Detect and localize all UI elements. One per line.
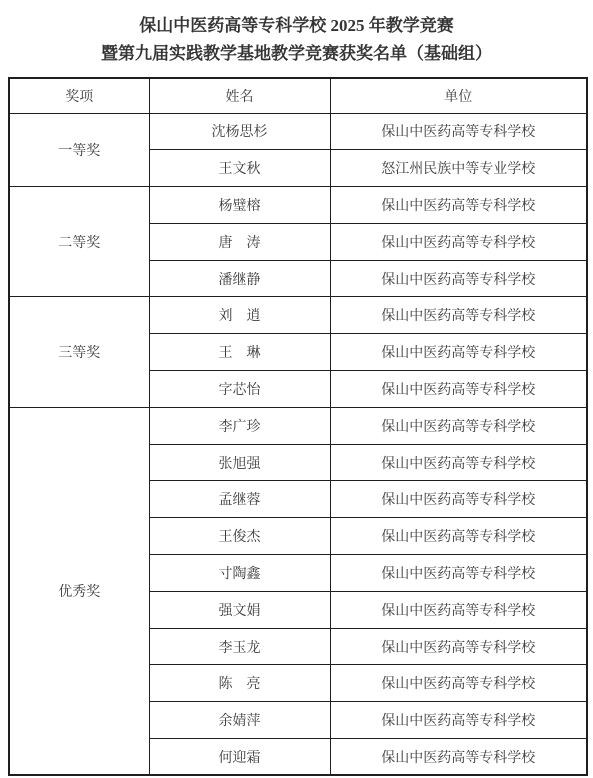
- name-cell: 陈 亮: [149, 665, 330, 702]
- table-row: 三等奖 刘 逍 保山中医药高等专科学校: [9, 297, 587, 334]
- award-cell-first-prize: 一等奖: [9, 113, 149, 187]
- unit-cell: 保山中医药高等专科学校: [330, 518, 587, 555]
- header-cell-unit: 单位: [330, 78, 587, 113]
- name-cell: 杨璧榕: [149, 187, 330, 224]
- award-cell-excellence-prize: 优秀奖: [9, 407, 149, 775]
- name-cell: 字芯怡: [149, 371, 330, 408]
- table-row: 一等奖 沈杨思杉 保山中医药高等专科学校: [9, 113, 587, 150]
- unit-cell: 保山中医药高等专科学校: [330, 444, 587, 481]
- unit-cell: 保山中医药高等专科学校: [330, 371, 587, 408]
- unit-cell: 保山中医药高等专科学校: [330, 665, 587, 702]
- unit-cell: 保山中医药高等专科学校: [330, 297, 587, 334]
- document-title-line1: 保山中医药高等专科学校 2025 年教学竞赛: [0, 12, 593, 40]
- name-cell: 刘 逍: [149, 297, 330, 334]
- name-cell: 潘继静: [149, 260, 330, 297]
- name-cell: 王俊杰: [149, 518, 330, 555]
- header-cell-name: 姓名: [149, 78, 330, 113]
- name-cell: 李玉龙: [149, 628, 330, 665]
- document-title: 保山中医药高等专科学校 2025 年教学竞赛 暨第九届实践教学基地教学竞赛获奖名…: [0, 12, 593, 68]
- table-row: 二等奖 杨璧榕 保山中医药高等专科学校: [9, 187, 587, 224]
- table-header-row: 奖项 姓名 单位: [9, 78, 587, 113]
- award-cell-third-prize: 三等奖: [9, 297, 149, 407]
- unit-cell: 保山中医药高等专科学校: [330, 591, 587, 628]
- name-cell: 孟继蓉: [149, 481, 330, 518]
- award-table: 奖项 姓名 单位 一等奖 沈杨思杉 保山中医药高等专科学校 王文秋 怒江州民族中…: [8, 77, 588, 776]
- unit-cell: 保山中医药高等专科学校: [330, 481, 587, 518]
- name-cell: 余婧萍: [149, 702, 330, 739]
- unit-cell: 保山中医药高等专科学校: [330, 628, 587, 665]
- name-cell: 沈杨思杉: [149, 113, 330, 150]
- name-cell: 李广珍: [149, 407, 330, 444]
- unit-cell: 保山中医药高等专科学校: [330, 739, 587, 776]
- name-cell: 强文娟: [149, 591, 330, 628]
- unit-cell: 保山中医药高等专科学校: [330, 555, 587, 592]
- name-cell: 唐 涛: [149, 223, 330, 260]
- table-row: 优秀奖 李广珍 保山中医药高等专科学校: [9, 407, 587, 444]
- document-title-line2: 暨第九届实践教学基地教学竞赛获奖名单（基础组）: [0, 40, 593, 68]
- name-cell: 王 琳: [149, 334, 330, 371]
- unit-cell: 保山中医药高等专科学校: [330, 407, 587, 444]
- award-cell-second-prize: 二等奖: [9, 187, 149, 297]
- unit-cell: 怒江州民族中等专业学校: [330, 150, 587, 187]
- name-cell: 寸陶鑫: [149, 555, 330, 592]
- unit-cell: 保山中医药高等专科学校: [330, 260, 587, 297]
- header-cell-award: 奖项: [9, 78, 149, 113]
- unit-cell: 保山中医药高等专科学校: [330, 702, 587, 739]
- unit-cell: 保山中医药高等专科学校: [330, 223, 587, 260]
- name-cell: 张旭强: [149, 444, 330, 481]
- name-cell: 王文秋: [149, 150, 330, 187]
- name-cell: 何迎霜: [149, 739, 330, 776]
- unit-cell: 保山中医药高等专科学校: [330, 113, 587, 150]
- unit-cell: 保山中医药高等专科学校: [330, 187, 587, 224]
- unit-cell: 保山中医药高等专科学校: [330, 334, 587, 371]
